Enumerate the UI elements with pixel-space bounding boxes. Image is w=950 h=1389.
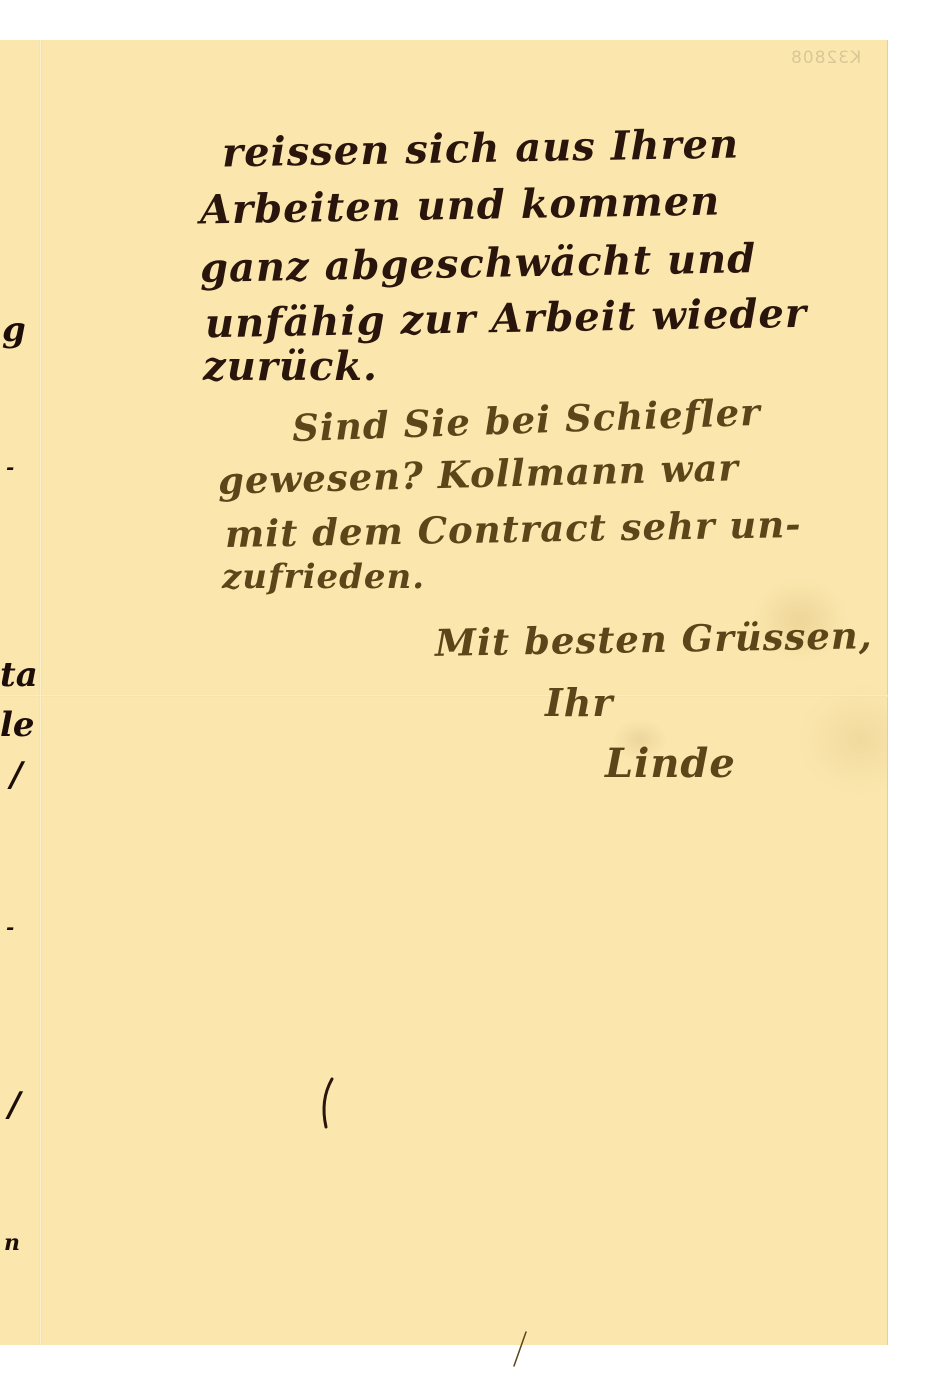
letter-body-line: mit dem Contract sehr un- bbox=[225, 502, 802, 556]
letter-body-line: zufrieden. bbox=[222, 557, 425, 597]
letter-body-line: Arbeiten und kommen bbox=[200, 177, 721, 233]
horizontal-fold-line bbox=[0, 695, 888, 697]
closing-valediction: Ihr bbox=[545, 680, 613, 725]
signature: Linde bbox=[605, 740, 736, 787]
letter-paper: K32808 g - ta le / - / n reissen sich au… bbox=[0, 40, 888, 1345]
left-page-fragment: g bbox=[2, 310, 26, 350]
left-page-fragment: - bbox=[6, 455, 14, 479]
left-page-fragment: n bbox=[4, 1230, 20, 1256]
left-page-fragment: - bbox=[6, 915, 14, 939]
letter-body-line: Sind Sie bei Schiefler bbox=[291, 390, 761, 450]
left-page-fragment: / bbox=[10, 755, 22, 795]
catalog-stamp-bleedthrough: K32808 bbox=[790, 48, 861, 68]
closing-salutation: Mit besten Grüssen, bbox=[435, 613, 873, 665]
stray-ink-mark bbox=[510, 1330, 530, 1370]
vertical-fold-line bbox=[39, 40, 42, 1345]
left-page-fragment: le bbox=[0, 705, 35, 745]
stray-ink-mark bbox=[318, 1075, 338, 1135]
letter-body-line: ganz abgeschwächt und bbox=[200, 235, 757, 292]
letter-body-line: zurück. bbox=[203, 343, 378, 390]
letter-body-line: gewesen? Kollmann war bbox=[218, 445, 740, 503]
left-page-fragment: ta bbox=[0, 655, 38, 695]
letter-body-line: unfähig zur Arbeit wieder bbox=[205, 290, 808, 347]
left-page-fragment: / bbox=[8, 1085, 20, 1125]
letter-body-line: reissen sich aus Ihren bbox=[222, 120, 740, 176]
